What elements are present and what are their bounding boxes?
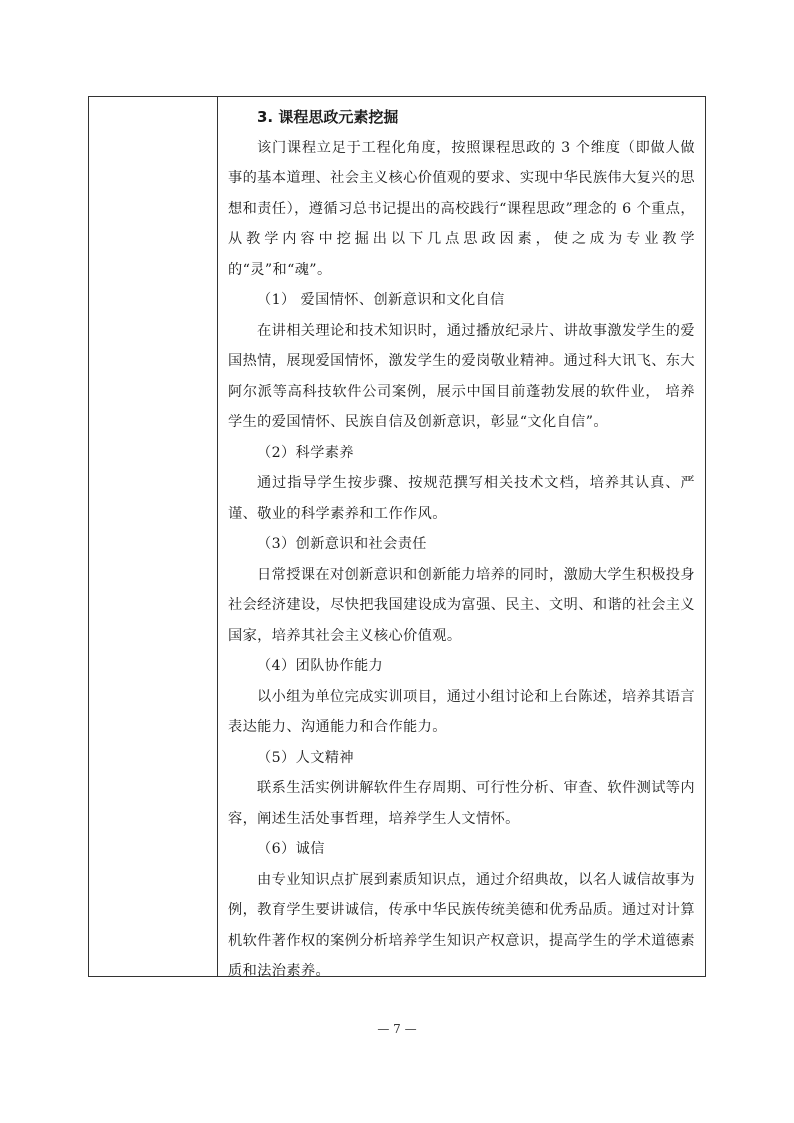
item-title: （1） 爱国情怀、创新意识和文化自信 xyxy=(228,285,695,316)
section-heading: 3. 课程思政元素挖掘 xyxy=(228,102,695,133)
label-cell xyxy=(89,97,218,976)
content-table: 3. 课程思政元素挖掘 该门课程立足于工程化角度，按照课程思政的 3 个维度（即… xyxy=(88,96,706,977)
item-title: （4）团队协作能力 xyxy=(228,651,695,682)
page-number: — 7 — xyxy=(0,1022,794,1036)
intro-paragraph: 该门课程立足于工程化角度，按照课程思政的 3 个维度（即做人做事的基本道理、社会… xyxy=(228,133,695,286)
item-title: （2）科学素养 xyxy=(228,438,695,469)
item-body: 通过指导学生按步骤、按规范撰写相关技术文档，培养其认真、严谨、敬业的科学素养和工… xyxy=(228,468,695,529)
item-title: （6）诚信 xyxy=(228,834,695,865)
item-title: （3）创新意识和社会责任 xyxy=(228,529,695,560)
item-body: 在讲相关理论和技术知识时，通过播放纪录片、讲故事激发学生的爱国热情，展现爱国情怀… xyxy=(228,316,695,438)
item-body: 日常授课在对创新意识和创新能力培养的同时，激励大学生积极投身社会经济建设，尽快把… xyxy=(228,560,695,652)
item-title: （5）人文精神 xyxy=(228,743,695,774)
item-body: 由专业知识点扩展到素质知识点，通过介绍典故，以名人诚信故事为例，教育学生要讲诚信… xyxy=(228,865,695,987)
item-body: 联系生活实例讲解软件生存周期、可行性分析、审查、软件测试等内容，阐述生活处事哲理… xyxy=(228,773,695,834)
content-cell: 3. 课程思政元素挖掘 该门课程立足于工程化角度，按照课程思政的 3 个维度（即… xyxy=(218,97,705,976)
item-body: 以小组为单位完成实训项目，通过小组讨论和上台陈述，培养其语言表达能力、沟通能力和… xyxy=(228,682,695,743)
